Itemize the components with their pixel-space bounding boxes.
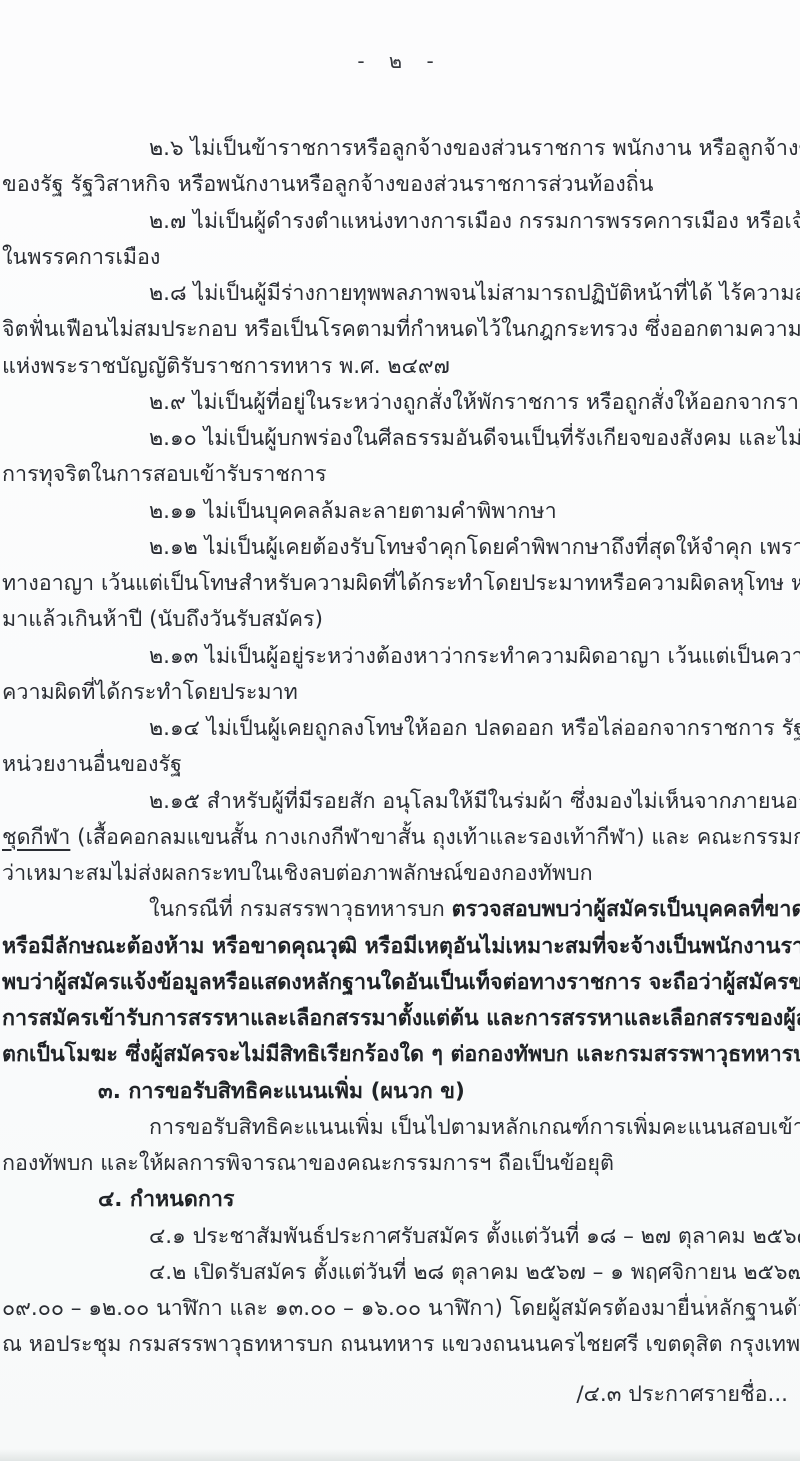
text-segment: (เสื้อคอกลมแขนสั้น กางเกงกีฬาขาสั้น ถุงเ… <box>70 825 800 850</box>
text-line: ๒.๑๒ ไม่เป็นผู้เคยต้องรับโทษจำคุกโดยคำพิ… <box>0 530 800 566</box>
text-line: ว่าเหมาะสมไม่ส่งผลกระทบในเชิงลบต่อภาพลัก… <box>0 856 800 892</box>
text-line: ๒.๑๑ ไม่เป็นบุคคลล้มละลายตามคำพิพากษา <box>0 494 800 530</box>
document-body-text: ๒.๖ ไม่เป็นข้าราชการหรือลูกจ้างของส่วนรา… <box>0 131 800 1364</box>
text-segment: ของรัฐ รัฐวิสาหกิจ หรือพนักงานหรือลูกจ้า… <box>2 172 653 197</box>
text-segment: แห่งพระราชบัญญัติรับราชการทหาร พ.ศ. ๒๔๙๗ <box>2 354 450 379</box>
text-line: ๒.๗ ไม่เป็นผู้ดำรงตำแหน่งทางการเมือง กรร… <box>0 204 800 240</box>
text-segment: ความผิดที่ได้กระทำโดยประมาท <box>2 680 298 705</box>
text-line: ณ หอประชุม กรมสรรพาวุธทหารบก ถนนทหาร แขว… <box>0 1327 800 1363</box>
text-line: ๒.๖ ไม่เป็นข้าราชการหรือลูกจ้างของส่วนรา… <box>0 131 800 167</box>
text-segment: ตรวจสอบพบว่าผู้สมัครเป็นบุคคลที่ขาดคุณสม… <box>452 897 800 922</box>
text-segment: ๒.๖ ไม่เป็นข้าราชการหรือลูกจ้างของส่วนรา… <box>149 136 800 161</box>
text-segment: ในกรณีที่ กรมสรรพาวุธทหารบก <box>149 897 452 922</box>
text-segment: การสมัครเข้ารับการสรรหาและเลือกสรรมาตั้ง… <box>2 1006 800 1031</box>
text-line: ตกเป็นโมฆะ ซึ่งผู้สมัครจะไม่มีสิทธิเรียก… <box>0 1037 800 1073</box>
text-line: หน่วยงานอื่นของรัฐ <box>0 747 800 783</box>
text-segment: ๒.๑๐ ไม่เป็นผู้บกพร่องในศีลธรรมอันดีจนเป… <box>149 426 800 451</box>
text-line: ๓. การขอรับสิทธิคะแนนเพิ่ม (ผนวก ข) <box>0 1074 800 1110</box>
text-segment: ชุดกีฬา <box>2 825 70 850</box>
text-line: ๒.๘ ไม่เป็นผู้มีร่างกายทุพพลภาพจนไม่สามา… <box>0 276 800 312</box>
text-segment: ในพรรคการเมือง <box>2 245 160 270</box>
text-line: ๔.๒ เปิดรับสมัคร ตั้งแต่วันที่ ๒๘ ตุลาคม… <box>0 1255 800 1291</box>
text-line: แห่งพระราชบัญญัติรับราชการทหาร พ.ศ. ๒๔๙๗ <box>0 349 800 385</box>
text-line: การทุจริตในการสอบเข้ารับราชการ <box>0 457 800 493</box>
text-line: ๒.๙ ไม่เป็นผู้ที่อยู่ในระหว่างถูกสั่งให้… <box>0 385 800 421</box>
text-line: หรือมีลักษณะต้องห้าม หรือขาดคุณวุฒิ หรือ… <box>0 929 800 965</box>
text-line: การขอรับสิทธิคะแนนเพิ่ม เป็นไปตามหลักเกณ… <box>0 1110 800 1146</box>
text-segment: การขอรับสิทธิคะแนนเพิ่ม เป็นไปตามหลักเกณ… <box>149 1115 800 1140</box>
text-segment: ๔.๑ ประชาสัมพันธ์ประกาศรับสมัคร ตั้งแต่ว… <box>149 1224 800 1249</box>
text-line: ๒.๑๓ ไม่เป็นผู้อยู่ระหว่างต้องหาว่ากระทำ… <box>0 639 800 675</box>
text-segment: การทุจริตในการสอบเข้ารับราชการ <box>2 462 327 487</box>
text-segment: ว่าเหมาะสมไม่ส่งผลกระทบในเชิงลบต่อภาพลัก… <box>2 861 593 886</box>
text-line: ของรัฐ รัฐวิสาหกิจ หรือพนักงานหรือลูกจ้า… <box>0 167 800 203</box>
text-line: ๒.๑๔ ไม่เป็นผู้เคยถูกลงโทษให้ออก ปลดออก … <box>0 711 800 747</box>
text-segment: ๐๙.๐๐ – ๑๒.๐๐ นาฬิกา และ ๑๓.๐๐ – ๑๖.๐๐ น… <box>2 1296 800 1321</box>
text-line: มาแล้วเกินห้าปี (นับถึงวันรับสมัคร) <box>0 602 800 638</box>
text-line: ๔.๑ ประชาสัมพันธ์ประกาศรับสมัคร ตั้งแต่ว… <box>0 1219 800 1255</box>
text-line: พบว่าผู้สมัครแจ้งข้อมูลหรือแสดงหลักฐานใด… <box>0 965 800 1001</box>
continuation-note: /๔.๓ ประกาศรายชื่อ... <box>0 1377 800 1413</box>
text-segment: ๔. กำหนดการ <box>98 1187 235 1212</box>
text-segment: ๒.๘ ไม่เป็นผู้มีร่างกายทุพพลภาพจนไม่สามา… <box>149 281 800 306</box>
text-segment: ๒.๑๒ ไม่เป็นผู้เคยต้องรับโทษจำคุกโดยคำพิ… <box>149 535 800 560</box>
text-line: ในพรรคการเมือง <box>0 240 800 276</box>
scan-speck <box>704 1295 707 1298</box>
text-line: การสมัครเข้ารับการสรรหาและเลือกสรรมาตั้ง… <box>0 1001 800 1037</box>
text-line: กองทัพบก และให้ผลการพิจารณาของคณะกรรมการ… <box>0 1146 800 1182</box>
text-segment: ณ หอประชุม กรมสรรพาวุธทหารบก ถนนทหาร แขว… <box>2 1332 800 1357</box>
text-line: ในกรณีที่ กรมสรรพาวุธทหารบก ตรวจสอบพบว่า… <box>0 892 800 928</box>
text-segment: มาแล้วเกินห้าปี (นับถึงวันรับสมัคร) <box>2 607 323 632</box>
text-segment: จิตฟั่นเฟือนไม่สมประกอบ หรือเป็นโรคตามที… <box>2 317 800 342</box>
text-segment: ๓. การขอรับสิทธิคะแนนเพิ่ม (ผนวก ข) <box>98 1079 465 1104</box>
text-segment: ตกเป็นโมฆะ ซึ่งผู้สมัครจะไม่มีสิทธิเรียก… <box>2 1042 800 1067</box>
text-line: ๒.๑๕ สำหรับผู้ที่มีรอยสัก อนุโลมให้มีในร… <box>0 784 800 820</box>
text-segment: ๒.๗ ไม่เป็นผู้ดำรงตำแหน่งทางการเมือง กรร… <box>149 209 800 234</box>
scanned-document-page: - ๒ - ๒.๖ ไม่เป็นข้าราชการหรือลูกจ้างของ… <box>0 0 800 1461</box>
text-segment: ๒.๑๓ ไม่เป็นผู้อยู่ระหว่างต้องหาว่ากระทำ… <box>149 644 800 669</box>
page-number: - ๒ - <box>0 0 800 77</box>
text-line: ทางอาญา เว้นแต่เป็นโทษสำหรับความผิดที่ได… <box>0 566 800 602</box>
text-segment: พบว่าผู้สมัครแจ้งข้อมูลหรือแสดงหลักฐานใด… <box>2 970 800 995</box>
text-line: ๔. กำหนดการ <box>0 1182 800 1218</box>
text-line: จิตฟั่นเฟือนไม่สมประกอบ หรือเป็นโรคตามที… <box>0 312 800 348</box>
text-segment: ๒.๑๑ ไม่เป็นบุคคลล้มละลายตามคำพิพากษา <box>149 499 557 524</box>
text-line: ชุดกีฬา (เสื้อคอกลมแขนสั้น กางเกงกีฬาขาส… <box>0 820 800 856</box>
scan-speck <box>556 446 559 448</box>
text-segment: หน่วยงานอื่นของรัฐ <box>2 752 182 777</box>
text-segment: ๒.๙ ไม่เป็นผู้ที่อยู่ในระหว่างถูกสั่งให้… <box>149 390 800 415</box>
text-line: ๐๙.๐๐ – ๑๒.๐๐ นาฬิกา และ ๑๓.๐๐ – ๑๖.๐๐ น… <box>0 1291 800 1327</box>
text-line: ๒.๑๐ ไม่เป็นผู้บกพร่องในศีลธรรมอันดีจนเป… <box>0 421 800 457</box>
text-segment: ๔.๒ เปิดรับสมัคร ตั้งแต่วันที่ ๒๘ ตุลาคม… <box>149 1260 800 1285</box>
text-segment: ๒.๑๕ สำหรับผู้ที่มีรอยสัก อนุโลมให้มีในร… <box>149 789 800 814</box>
text-segment: กองทัพบก และให้ผลการพิจารณาของคณะกรรมการ… <box>2 1151 614 1176</box>
scan-edge-artifact <box>0 1449 800 1461</box>
text-line: ความผิดที่ได้กระทำโดยประมาท <box>0 675 800 711</box>
text-segment: หรือมีลักษณะต้องห้าม หรือขาดคุณวุฒิ หรือ… <box>2 934 800 959</box>
text-segment: ๒.๑๔ ไม่เป็นผู้เคยถูกลงโทษให้ออก ปลดออก … <box>149 716 800 741</box>
text-segment: ทางอาญา เว้นแต่เป็นโทษสำหรับความผิดที่ได… <box>2 571 800 596</box>
